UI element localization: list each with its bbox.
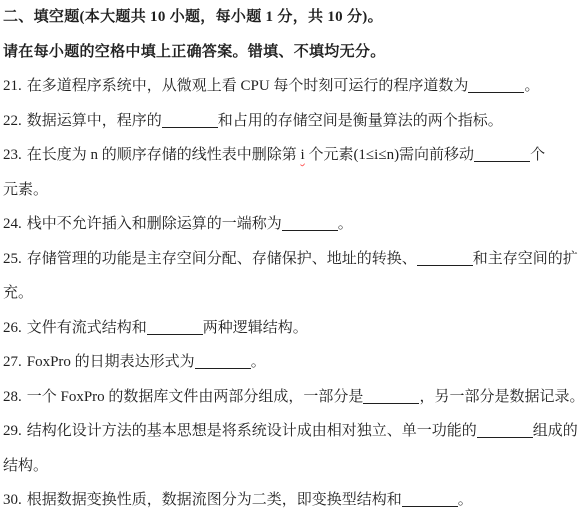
question-number: 25.	[3, 251, 22, 267]
question-number: 24.	[3, 216, 22, 232]
question-text: 。	[458, 492, 473, 508]
question-text: ，另一部分是数据记录。	[419, 389, 580, 405]
question-text: 和主存空间的扩	[473, 251, 578, 267]
question-text: 结构。	[3, 458, 48, 474]
question-item: 28.一个 FoxPro 的数据库文件由两部分组成，一部分是，另一部分是数据记录…	[3, 380, 578, 415]
question-item: 29.结构化设计方法的基本思想是将系统设计成由相对独立、单一功能的组成的结构。	[3, 414, 578, 483]
question-list: 21.在多道程序系统中，从微观上看 CPU 每个时刻可运行的程序道数为。22.数…	[3, 69, 578, 518]
question-text: 栈中不允许插入和删除运算的一端称为	[27, 216, 282, 232]
question-text: 。	[251, 354, 266, 370]
answer-blank	[417, 262, 473, 266]
question-text: 个元素(1≤i≤n)需向前移动	[305, 147, 474, 163]
question-number: 26.	[3, 320, 22, 336]
question-item: 25.存储管理的功能是主存空间分配、存储保护、地址的转换、和主存空间的扩充。	[3, 242, 578, 311]
question-text: 数据运算中，程序的	[27, 113, 162, 129]
question-number: 22.	[3, 113, 22, 129]
question-text: 一个 FoxPro 的数据库文件由两部分组成，一部分是	[27, 389, 364, 405]
question-number: 21.	[3, 78, 22, 94]
question-item: 23.在长度为 n 的顺序存储的线性表中删除第 i 个元素(1≤i≤n)需向前移…	[3, 138, 578, 207]
question-number: 30.	[3, 492, 22, 508]
exam-document: 二、填空题(本大题共 10 小题，每小题 1 分，共 10 分)。 请在每小题的…	[0, 0, 580, 518]
question-number: 27.	[3, 354, 22, 370]
answer-blank	[195, 365, 251, 369]
question-text: 根据数据变换性质，数据流图分为二类，即变换型结构和	[27, 492, 402, 508]
question-item: 30.根据数据变换性质，数据流图分为二类，即变换型结构和。	[3, 483, 578, 518]
question-item: 26.文件有流式结构和两种逻辑结构。	[3, 311, 578, 346]
question-text: 元素。	[3, 182, 48, 198]
answer-blank	[162, 124, 218, 128]
answer-blank	[402, 503, 458, 507]
question-number: 23.	[3, 147, 22, 163]
question-item: 21.在多道程序系统中，从微观上看 CPU 每个时刻可运行的程序道数为。	[3, 69, 578, 104]
question-item: 27.FoxPro 的日期表达形式为。	[3, 345, 578, 380]
answer-blank	[474, 158, 530, 162]
answer-blank	[477, 434, 533, 438]
question-text: 文件有流式结构和	[27, 320, 147, 336]
section-heading: 二、填空题(本大题共 10 小题，每小题 1 分，共 10 分)。	[3, 0, 578, 35]
question-item: 22.数据运算中，程序的和占用的存储空间是衡量算法的两个指标。	[3, 104, 578, 139]
question-text: 结构化设计方法的基本思想是将系统设计成由相对独立、单一功能的	[27, 423, 477, 439]
question-number: 29.	[3, 423, 22, 439]
question-text: FoxPro 的日期表达形式为	[27, 354, 195, 370]
question-text: 。	[338, 216, 353, 232]
question-text: 组成的	[533, 423, 578, 439]
answer-blank	[282, 227, 338, 231]
question-text: 充。	[3, 285, 33, 301]
question-text: 。	[524, 78, 539, 94]
question-text: 个	[530, 147, 545, 163]
question-text: 存储管理的功能是主存空间分配、存储保护、地址的转换、	[27, 251, 417, 267]
answer-blank	[363, 400, 419, 404]
question-text: 在长度为 n 的顺序存储的线性表中删除第	[27, 147, 301, 163]
question-text: 两种逻辑结构。	[203, 320, 308, 336]
instructions: 请在每小题的空格中填上正确答案。错填、不填均无分。	[3, 35, 578, 70]
answer-blank	[147, 331, 203, 335]
question-item: 24.栈中不允许插入和删除运算的一端称为。	[3, 207, 578, 242]
question-text: 和占用的存储空间是衡量算法的两个指标。	[218, 113, 503, 129]
question-number: 28.	[3, 389, 22, 405]
question-text: 在多道程序系统中，从微观上看 CPU 每个时刻可运行的程序道数为	[27, 78, 469, 94]
answer-blank	[468, 89, 524, 93]
